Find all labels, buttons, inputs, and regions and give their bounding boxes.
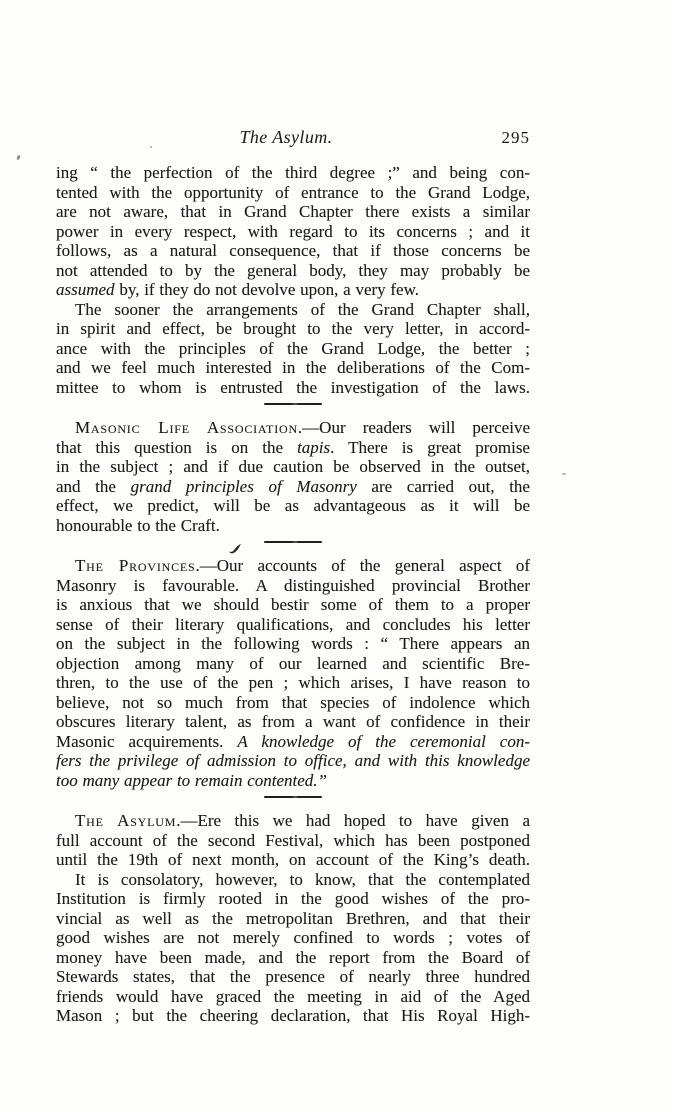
text-line: It is consolatory, however, to know, tha… — [56, 870, 530, 890]
text-line: assumed by, if they do not devolve upon,… — [56, 280, 530, 300]
fleuron-icon — [228, 543, 242, 555]
text-line: not attended to by the general body, the… — [56, 261, 530, 281]
paragraph: The sooner the arrangements of the Grand… — [56, 300, 530, 398]
text-line: full account of the second Festival, whi… — [56, 831, 530, 851]
text-line: in spirit and effect, be brought to the … — [56, 319, 530, 339]
text-line: until the 19th of next month, on account… — [56, 850, 530, 870]
text-line: is anxious that we should bestir some of… — [56, 595, 530, 615]
text-line: that this question is on the tapis. Ther… — [56, 438, 530, 458]
paragraph: ing “ the perfection of the third degree… — [56, 163, 530, 300]
text-line: objection among many of our learned and … — [56, 654, 530, 674]
text-line: friends would have graced the meeting in… — [56, 987, 530, 1007]
text-line: honourable to the Craft. — [56, 516, 530, 536]
text-line: follows, as a natural consequence, that … — [56, 241, 530, 261]
text-line: ing “ the perfection of the third degree… — [56, 163, 530, 183]
book-page: The Asylum. 295 ing “ the perfection of … — [0, 0, 673, 1112]
text-line: too many appear to remain contented.” — [56, 771, 530, 791]
text-line: tented with the opportunity of entrance … — [56, 183, 530, 203]
text-line: power in every respect, with regard to i… — [56, 222, 530, 242]
text-line: good wishes are not merely confined to w… — [56, 928, 530, 948]
paragraph: The Asylum.—Ere this we had hoped to hav… — [56, 811, 530, 870]
text-line: on the subject in the following words : … — [56, 634, 530, 654]
divider-rule — [264, 541, 322, 543]
divider-rule — [264, 796, 322, 798]
text-line: The Provinces.—Our accounts of the gener… — [56, 556, 530, 576]
text-line: Mason ; but the cheering declaration, th… — [56, 1006, 530, 1026]
section-divider — [56, 403, 530, 418]
text-line: Institution is firmly rooted in the good… — [56, 889, 530, 909]
text-line: believe, not so much from that species o… — [56, 693, 530, 713]
paragraph: The Provinces.—Our accounts of the gener… — [56, 556, 530, 790]
text-line: Masonic Life Association.—Our readers wi… — [56, 418, 530, 438]
text-line: ance with the principles of the Grand Lo… — [56, 339, 530, 359]
text-line: mittee to whom is entrusted the investig… — [56, 378, 530, 398]
text-line: and we feel much interested in the delib… — [56, 358, 530, 378]
text-line: money have been made, and the report fro… — [56, 948, 530, 968]
ink-speck — [562, 473, 566, 475]
running-header: The Asylum. 295 — [56, 127, 530, 149]
page-body: ing “ the perfection of the third degree… — [56, 163, 530, 1026]
text-line: in the subject ; and if due caution be o… — [56, 457, 530, 477]
text-line: Masonry is favourable. A distinguished p… — [56, 576, 530, 596]
paragraph: It is consolatory, however, to know, tha… — [56, 870, 530, 1026]
text-line: vincial as well as the metropolitan Bret… — [56, 909, 530, 929]
text-line: Masonic acquirements. A knowledge of the… — [56, 732, 530, 752]
text-line: The sooner the arrangements of the Grand… — [56, 300, 530, 320]
paragraph: Masonic Life Association.—Our readers wi… — [56, 418, 530, 535]
text-line: thren, to the use of the pen ; which ari… — [56, 673, 530, 693]
running-header-title: The Asylum. — [239, 127, 332, 148]
text-line: sense of their literary qualifications, … — [56, 615, 530, 635]
text-column: The Asylum. 295 ing “ the perfection of … — [56, 0, 530, 1112]
divider-rule — [264, 403, 322, 405]
text-line: obscures literary talent, as from a want… — [56, 712, 530, 732]
page-number: 295 — [502, 128, 531, 148]
text-line: The Asylum.—Ere this we had hoped to hav… — [56, 811, 530, 831]
text-line: are not aware, that in Grand Chapter the… — [56, 202, 530, 222]
ink-speck — [16, 155, 21, 161]
text-line: Stewards states, that the presence of ne… — [56, 967, 530, 987]
text-line: and the grand principles of Masonry are … — [56, 477, 530, 497]
text-line: fers the privilege of admission to offic… — [56, 751, 530, 771]
text-line: effect, we predict, will be as advantage… — [56, 496, 530, 516]
section-divider — [56, 541, 530, 556]
section-divider — [56, 796, 530, 811]
